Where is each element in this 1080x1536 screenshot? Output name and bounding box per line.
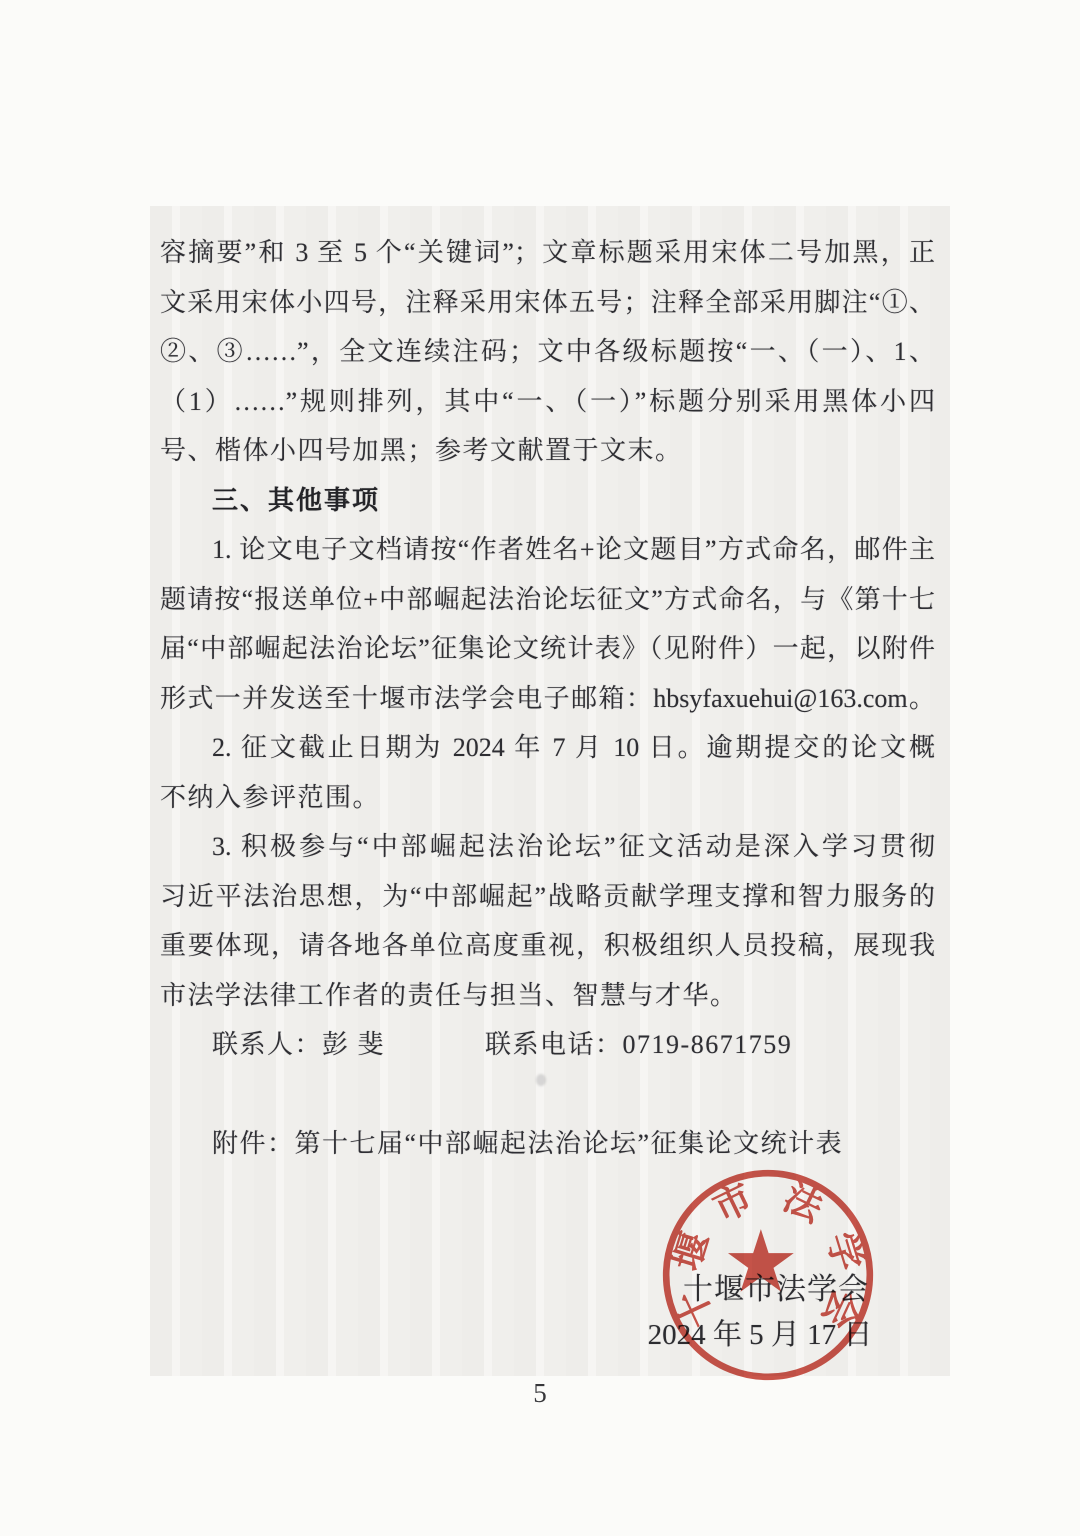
body-text-line: 1. 论文电子文档请按“作者姓名+论文题目”方式命名，邮件主: [160, 525, 935, 575]
contact-line: 联系人：彭 斐联系电话：0719-8671759: [160, 1020, 935, 1070]
body-text-line: 文采用宋体小四号，注释采用宋体五号；注释全部采用脚注“①、: [160, 278, 935, 328]
body-text-line: ②、③……”，全文连续注码；文中各级标题按“一、（一）、1、: [160, 327, 935, 377]
page-number: 5: [0, 1378, 1080, 1409]
body-text-line: 容摘要”和 3 至 5 个“关键词”；文章标题采用宋体二号加黑，正: [160, 228, 935, 278]
body-text-line: 届“中部崛起法治论坛”征集论文统计表》（见附件）一起，以附件: [160, 624, 935, 674]
contact-person-label: 联系人：: [212, 1030, 322, 1059]
contact-phone-number: 0719-8671759: [623, 1030, 793, 1059]
body-text-line: （1）……”规则排列，其中“一、（一）”标题分别采用黑体小四: [160, 377, 935, 427]
body-text-line: 题请按“报送单位+中部崛起法治论坛征文”方式命名，与《第十七: [160, 575, 935, 625]
section-heading: 三、其他事项: [160, 476, 935, 526]
attachment-line: 附件：第十七届“中部崛起法治论坛”征集论文统计表: [160, 1119, 935, 1169]
body-text-line: 习近平法治思想，为“中部崛起”战略贡献学理支撑和智力服务的: [160, 872, 935, 922]
contact-person-name: 彭 斐: [322, 1030, 385, 1059]
body-text-line: 不纳入参评范围。: [160, 773, 935, 823]
contact-phone-label: 联系电话：: [485, 1030, 623, 1059]
body-text-line: 3. 积极参与“中部崛起法治论坛”征文活动是深入学习贯彻: [160, 822, 935, 872]
body-text-line: 形式一并发送至十堰市法学会电子邮箱：hbsyfaxuehui@163.com。: [160, 674, 935, 724]
body-text-line: 号、楷体小四号加黑；参考文献置于文末。: [160, 426, 935, 476]
seal-star-icon: [728, 1229, 794, 1292]
official-seal: 十 堰 市 法 学 会: [656, 1163, 880, 1387]
blank-line: [160, 1070, 935, 1120]
body-text-line: 重要体现，请各地各单位高度重视，积极组织人员投稿，展现我: [160, 921, 935, 971]
body-text-line: 市法学法律工作者的责任与担当、智慧与才华。: [160, 971, 935, 1021]
body-text-line: 2. 征文截止日期为 2024 年 7 月 10 日。逾期提交的论文概: [160, 723, 935, 773]
document-body: 容摘要”和 3 至 5 个“关键词”；文章标题采用宋体二号加黑，正 文采用宋体小…: [160, 228, 935, 1169]
